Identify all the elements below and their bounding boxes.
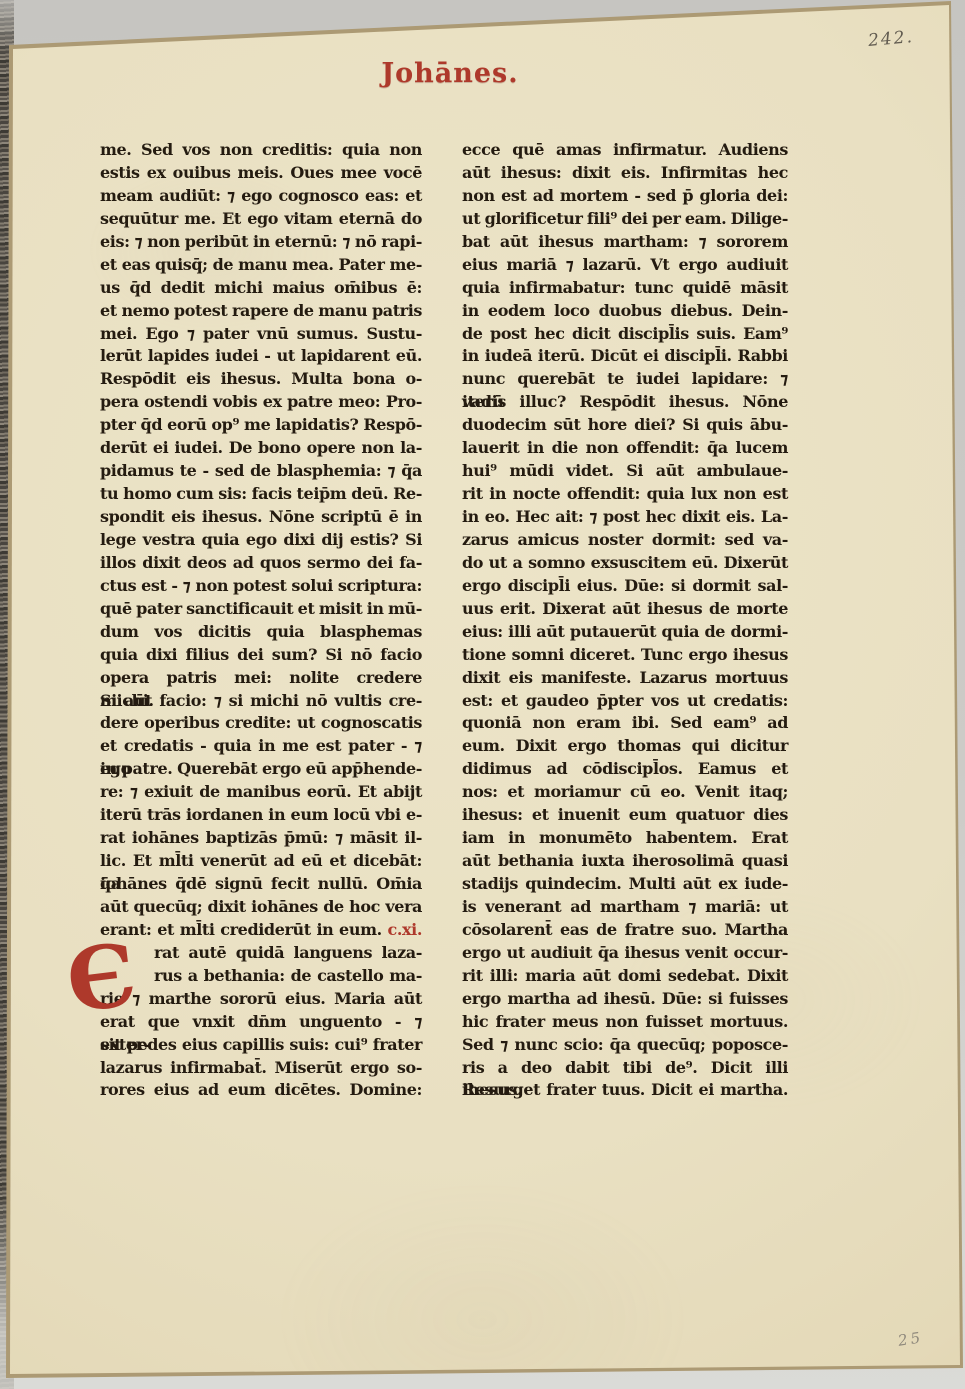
text-line: in iudeā iterū. Dicūt ei discipl̄i. Rabb… — [462, 345, 788, 368]
text-line: rores eius ad eum dicētes. Domine: — [100, 1079, 422, 1102]
chapter-marker: c.xi. — [382, 920, 422, 939]
text-line: illos dixit deos ad quos sermo dei fa- — [100, 552, 422, 575]
text-line: eis: ⁊ non peribūt in eternū: ⁊ nō rapi- — [100, 231, 422, 254]
text-line: non est ad mortem - sed p̄ gloria dei: — [462, 185, 788, 208]
text-column-left: me. Sed vos non creditis: quia nonestis … — [100, 139, 422, 1102]
text-line: quia dixi filius dei sum? Si nō facio — [100, 644, 422, 667]
text-line: rit in nocte offendit: quia lux non est — [462, 483, 788, 506]
text-line: pera ostendi vobis ex patre meo: Pro- — [100, 391, 422, 414]
text-line: eum. Dixit ergo thomas qui dicitur — [462, 735, 788, 758]
text-line: de post hec dicit discipl̄is suis. Eam⁹ — [462, 323, 788, 346]
text-line: et eas quisq̄; de manu mea. Pater me- — [100, 254, 422, 277]
text-line: estis ex ouibus meis. Oues mee vocē — [100, 162, 422, 185]
text-line: lerūt lapides iudei - ut lapidarent eū. — [100, 345, 422, 368]
text-line: dixit eis manifeste. Lazarus mortuus — [462, 667, 788, 690]
text-line: derūt ei iudei. De bono opere non la- — [100, 437, 422, 460]
text-line: duodecim sūt hore diei? Si quis ābu- — [462, 414, 788, 437]
text-line: et credatis - quia in me est pater - ⁊ e… — [100, 735, 422, 758]
text-line: sit pedes eius capillis suis: cui⁹ frate… — [100, 1034, 422, 1057]
text-line: hic frater meus non fuisset mortuus. — [462, 1011, 788, 1034]
text-line: quē pater sanctificauit et misit in mū- — [100, 598, 422, 621]
text-line: lazarus infirmabat̄. Miserūt ergo so- — [100, 1057, 422, 1080]
text-line: zarus amicus noster dormit: sed va- — [462, 529, 788, 552]
text-line: ergo discipl̄i eius. Dūe: si dormit sal- — [462, 575, 788, 598]
text-column-right: ecce quē amas infirmatur. Audiensaūt ihe… — [462, 139, 788, 1102]
text-line: ut glorificetur fili⁹ dei per eam. Dilig… — [462, 208, 788, 231]
parchment-page: Johānes. 242. me. Sed vos non creditis: … — [0, 0, 965, 1389]
text-line: quia infirmabatur: tunc quidē māsit — [462, 277, 788, 300]
text-line: quoniā non eram ibi. Sed eam⁹ ad — [462, 712, 788, 735]
text-line: eius: illi aūt putauerūt quia de dormi- — [462, 621, 788, 644]
text-line: erant: et ml̄ti crediderūt in eum. c.xi. — [100, 919, 422, 942]
text-line: nunc querebāt te iudei lapidare: ⁊ iterū — [462, 368, 788, 391]
text-line: est: et gaudeo p̄pter vos ut credatis: — [462, 690, 788, 713]
text-line: hui⁹ mūdi videt. Si aūt ambulaue- — [462, 460, 788, 483]
text-line: Sed ⁊ nunc scio: q̄a quecūq; poposce- — [462, 1034, 788, 1057]
text-line: et nemo potest rapere de manu patris — [100, 300, 422, 323]
text-line: in patre. Querebāt ergo eū app̄hende- — [100, 758, 422, 781]
text-line: opera patris mei: nolite credere michi. — [100, 667, 422, 690]
text-line: us q̄d dedit michi maius om̄ibus ē: — [100, 277, 422, 300]
text-line: eius mariā ⁊ lazarū. Vt ergo audiuit — [462, 254, 788, 277]
text-line: ris a deo dabit tibi de⁹. Dicit illi ihe… — [462, 1057, 788, 1080]
text-line: rat autē quidā languens laza- — [100, 942, 422, 965]
text-line: me. Sed vos non creditis: quia non — [100, 139, 422, 162]
text-line: nos: et moriamur cū eo. Venit itaq; — [462, 781, 788, 804]
text-line: cōsolarent̄ eas de fratre suo. Martha — [462, 919, 788, 942]
text-line: vadis illuc? Respōdit ihesus. Nōne — [462, 391, 788, 414]
text-line: ecce quē amas infirmatur. Audiens — [462, 139, 788, 162]
text-line: iohānes q̄dē signū fecit nullū. Om̄ia — [100, 873, 422, 896]
text-line: iterū trās iordanen in eum locū vbi e- — [100, 804, 422, 827]
text-line: lic. Et ml̄ti venerūt ad eū et dicebāt: … — [100, 850, 422, 873]
text-line: aūt ihesus: dixit eis. Infirmitas hec — [462, 162, 788, 185]
text-line: in eo. Hec ait: ⁊ post hec dixit eis. La… — [462, 506, 788, 529]
text-line: iam in monumēto habentem. Erat — [462, 827, 788, 850]
text-line: ihesus: et inuenit eum quatuor dies — [462, 804, 788, 827]
text-line: meam audiūt: ⁊ ego cognosco eas: et — [100, 185, 422, 208]
text-line: spondit eis ihesus. Nōne scriptū ē in — [100, 506, 422, 529]
text-line: do ut a somno exsuscitem eū. Dixerūt — [462, 552, 788, 575]
text-line: rit illi: maria aūt domi sedebat. Dixit — [462, 965, 788, 988]
text-line: rat iohānes baptizās p̄mū: ⁊ māsit il- — [100, 827, 422, 850]
page-number: 242. — [867, 25, 938, 51]
text-line: re: ⁊ exiuit de manibus eorū. Et abijt — [100, 781, 422, 804]
text-line: aūt quecūq; dixit iohānes de hoc vera — [100, 896, 422, 919]
rubricated-initial-E: Є — [51, 931, 154, 1034]
text-line: stadijs quindecim. Multi aūt ex iude- — [462, 873, 788, 896]
text-line: Resurget frater tuus. Dicit ei martha. — [462, 1079, 788, 1102]
text-line: tu homo cum sis: facis teip̄m deū. Re- — [100, 483, 422, 506]
text-line: aūt bethania iuxta iherosolimā quasi — [462, 850, 788, 873]
text-line: sequūtur me. Et ego vitam eternā do — [100, 208, 422, 231]
text-line: pter q̄d eorū op⁹ me lapidatis? Respō- — [100, 414, 422, 437]
text-line: dere operibus credite: ut cognoscatis — [100, 712, 422, 735]
pencil-folio-note: 25 — [897, 1328, 925, 1350]
text-line: in eodem loco duobus diebus. Dein- — [462, 300, 788, 323]
text-line: is venerant ad martham ⁊ mariā: ut — [462, 896, 788, 919]
text-line: mei. Ego ⁊ pater vnū sumus. Sustu- — [100, 323, 422, 346]
text-line: ctus est - ⁊ non potest solui scriptura: — [100, 575, 422, 598]
text-line: dum vos dicitis quia blasphemas — [100, 621, 422, 644]
text-line: Si aūt facio: ⁊ si michi nō vultis cre- — [100, 690, 422, 713]
text-line: lege vestra quia ego dixi dij estis? Si — [100, 529, 422, 552]
text-line: bat aūt ihesus martham: ⁊ sororem — [462, 231, 788, 254]
text-line: pidamus te - sed de blasphemia: ⁊ q̄a — [100, 460, 422, 483]
text-line: ergo ut audiuit q̄a ihesus venit occur- — [462, 942, 788, 965]
text-line: ergo martha ad ihesū. Dūe: si fuisses — [462, 988, 788, 1011]
manuscript-scan: Johānes. 242. me. Sed vos non creditis: … — [0, 0, 965, 1389]
text-line: uus erit. Dixerat aūt ihesus de morte — [462, 598, 788, 621]
text-line: Respōdit eis ihesus. Multa bona o- — [100, 368, 422, 391]
text-line: lauerit in die non offendit: q̄a lucem — [462, 437, 788, 460]
text-line: tione somni diceret. Tunc ergo ihesus — [462, 644, 788, 667]
text-line: didimus ad cōdiscipl̄os. Eamus et — [462, 758, 788, 781]
running-header: Johānes. — [340, 58, 560, 89]
